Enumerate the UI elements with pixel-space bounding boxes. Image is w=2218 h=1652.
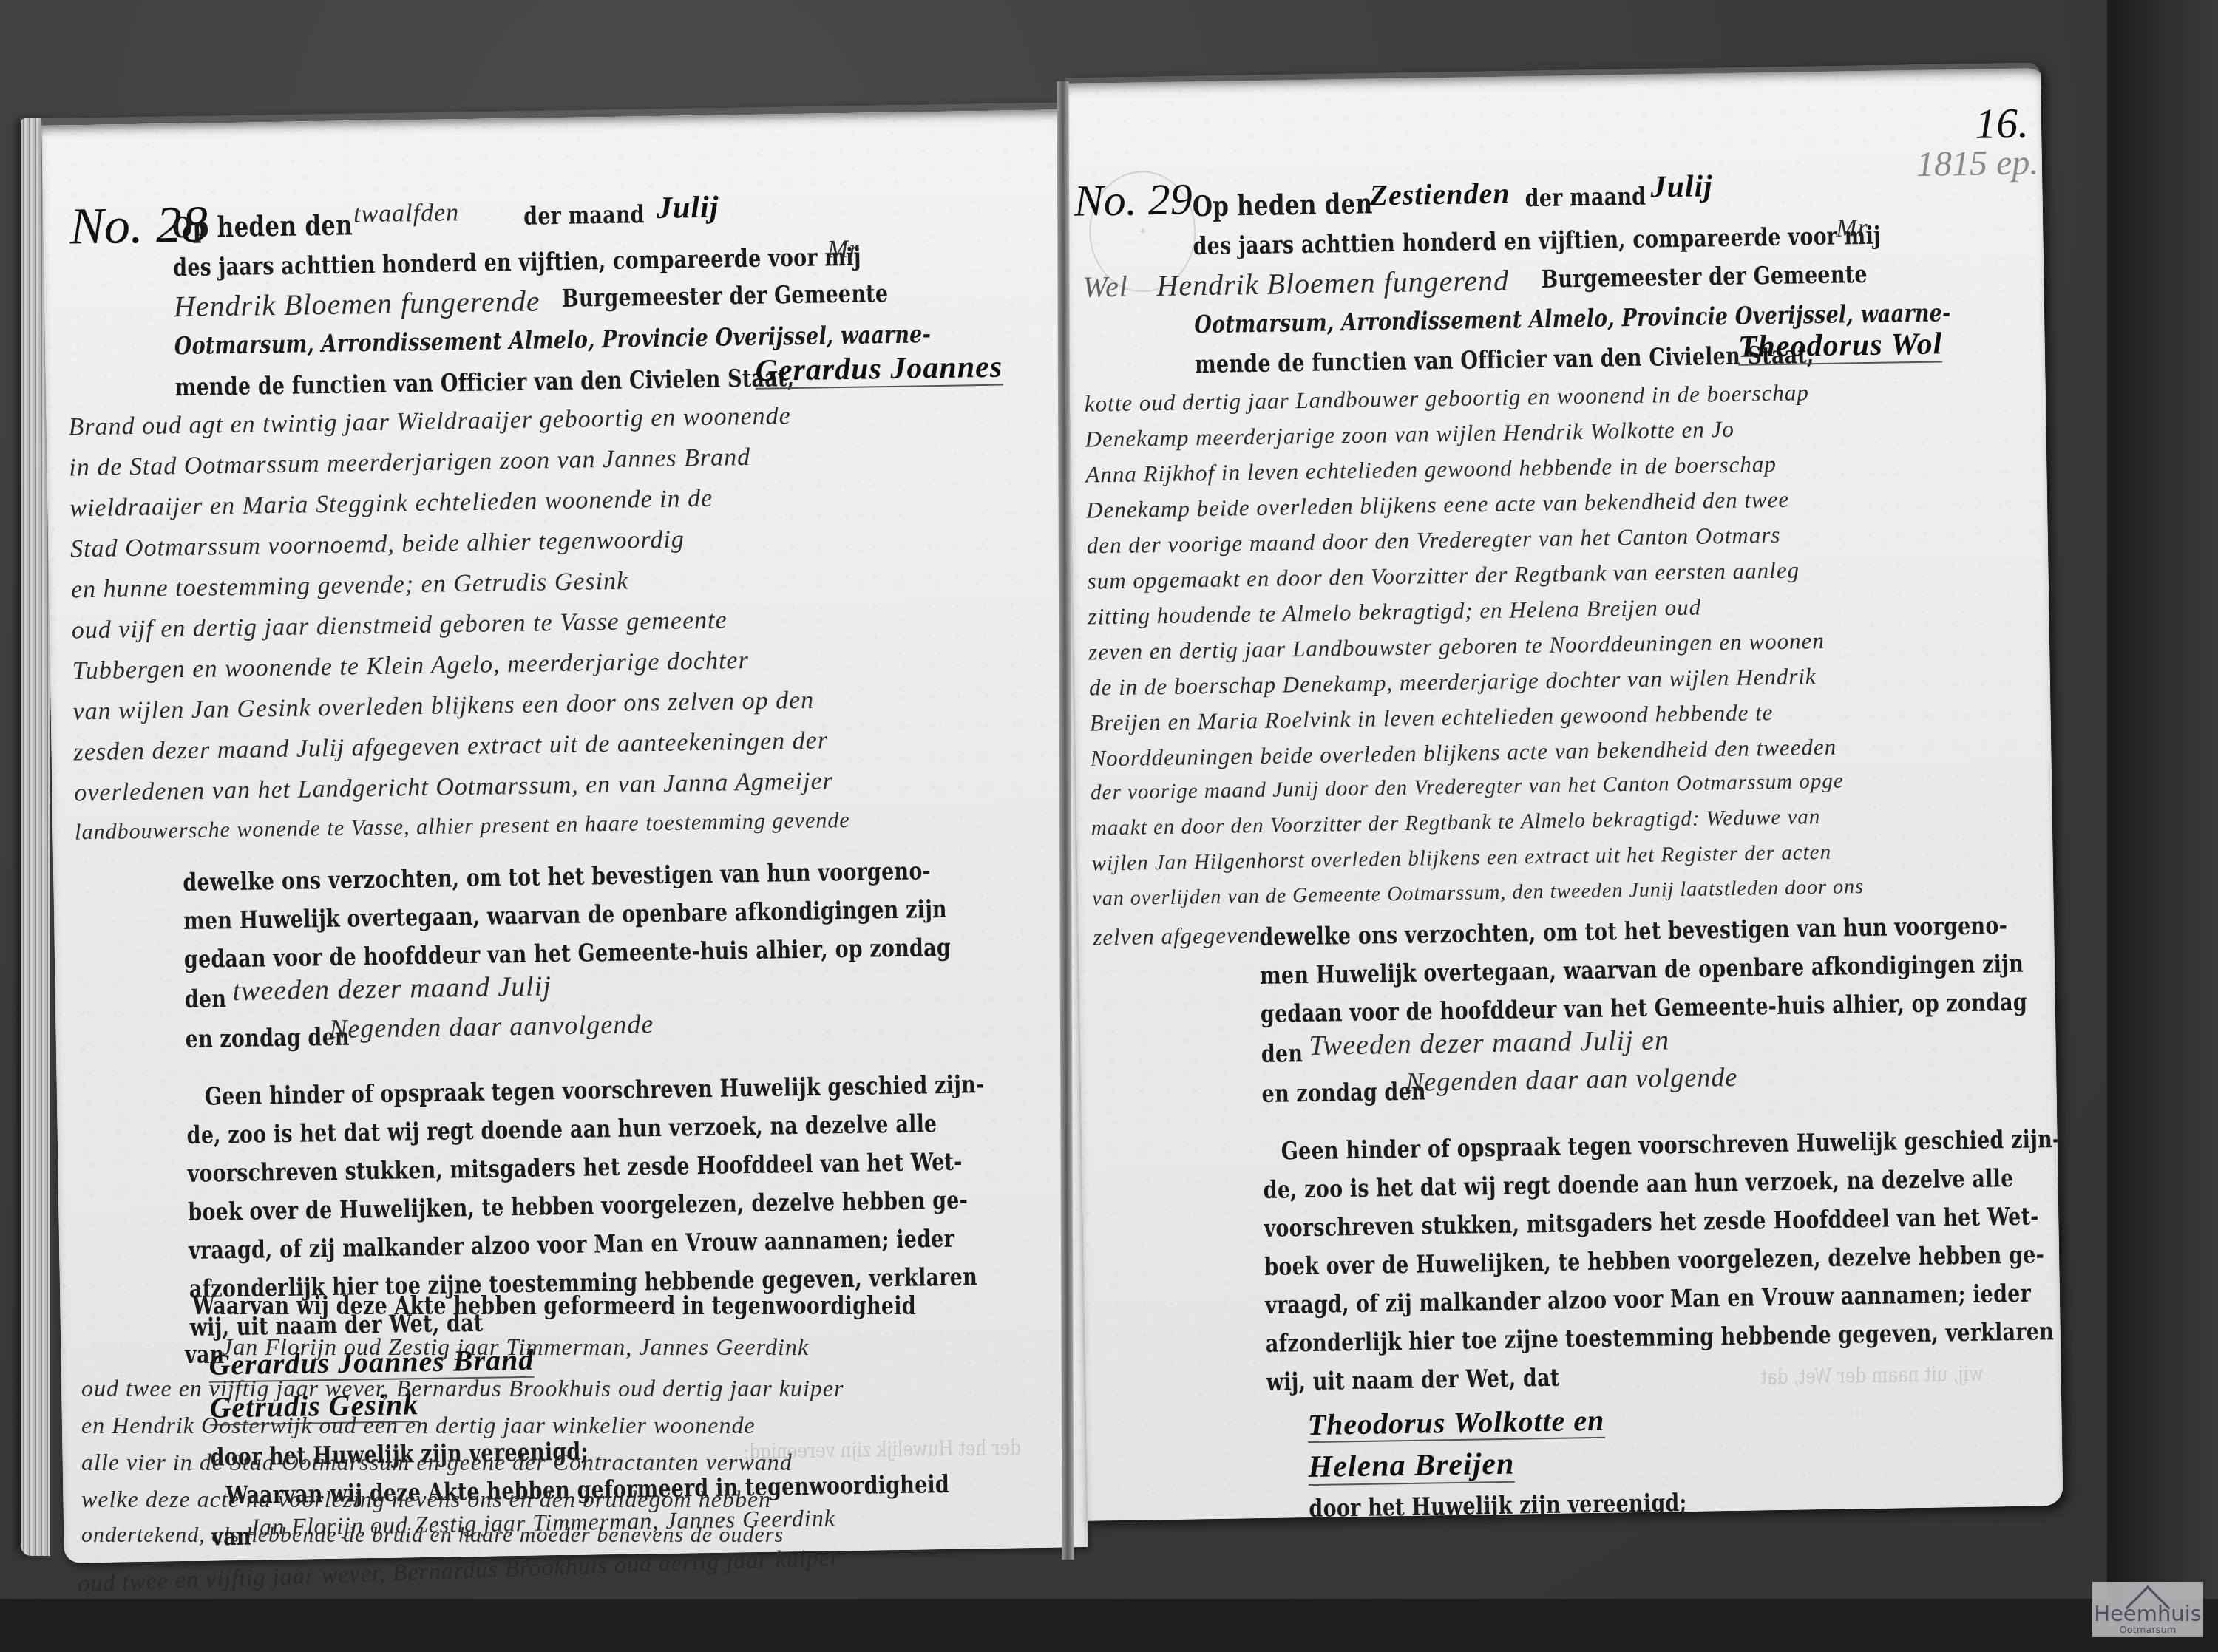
printed-line: mende de functien van Officier van den C… [174, 365, 794, 399]
printed-line: boek over de Huwelijken, te hebben voorg… [1264, 1242, 2044, 1279]
margin-note: Wel [1082, 272, 1128, 302]
handwritten-line: maakt en door den Voorzitter der Regtban… [1091, 806, 1821, 839]
printed-line: Geen hinder of opspraak tegen voorschrev… [205, 1072, 985, 1109]
printed-line: des jaars achttien honderd en vijftien, … [173, 245, 861, 280]
printed-line: van [185, 1342, 224, 1367]
printed-line: Op heden den [1192, 189, 1372, 220]
handwritten-line: kotte oud dertig jaar Landbouwer geboort… [1085, 381, 1809, 415]
heemhuis-watermark: Heemhuis Ootmarsum [2092, 1582, 2203, 1637]
handwritten-witnesses: Jan Florijn oud Zestig jaar Timmerman, J… [222, 1335, 809, 1359]
handwritten-line: overledenen van het Landgericht Ootmarss… [74, 769, 833, 806]
printed-line: en zondag den [185, 1024, 350, 1051]
handwritten-banns-date: Negenden daar aanvolgende [329, 1010, 654, 1042]
printed-line: wij, uit naam der Wet, dat [1266, 1365, 1559, 1394]
printed-line: gedaan voor de hoofddeur van het Gemeent… [1261, 990, 2027, 1026]
handwritten-line: zelven afgegeven [1093, 923, 1261, 949]
printed-line: mende de functien van Officier van den C… [1195, 342, 1814, 376]
handwritten-line: Denekamp beide overleden blijkens eene a… [1086, 488, 1789, 522]
handwritten-line: en hunne toestemming gevende; en Getrudi… [71, 569, 629, 603]
background-band [0, 1599, 2218, 1652]
printed-line: de, zoo is het dat wij regt doende aan h… [1263, 1166, 2013, 1202]
printed-line: afzonderlijk hier toe zijne toestemming … [1266, 1319, 2054, 1356]
handwritten-line: wieldraaijer en Maria Steggink echtelied… [69, 486, 713, 522]
handwritten-mayor: Hendrik Bloemen fungerende [174, 286, 540, 322]
handwritten-groom-name: Gerardus Joannes [755, 352, 1003, 390]
handwritten-banns-date: Tweeden dezer maand Julij en [1309, 1026, 1669, 1060]
handwritten-line: Anna Rijkhof in leven echtelieden gewoon… [1085, 452, 1777, 486]
handwritten-groom-name: Theodorus Wol [1738, 328, 1943, 365]
handwritten-witnesses: welke deze acte na voorlezing nevens ons… [81, 1487, 771, 1511]
handwritten-line: wijlen Jan Hilgenhorst overleden blijken… [1091, 842, 1831, 875]
printed-line: der maand [523, 202, 645, 228]
handwritten-witnesses: en Hendrik Oosterwijk oud een en dertig … [81, 1413, 756, 1437]
printed-line: men Huwelijk overtegaan, waarvan de open… [183, 897, 947, 933]
folio-number: 16. [1975, 98, 2029, 149]
handwritten-line: oud vijf en dertig jaar dienstmeid gebor… [72, 608, 728, 644]
printed-line: Op heden den [172, 211, 353, 242]
printed-line: de, zoo is het dat wij regt doende aan h… [186, 1111, 937, 1147]
handwritten-month: Julij [1650, 171, 1713, 203]
handwritten-line: zesden dezer maand Julij afgegeven extra… [73, 728, 828, 765]
handwritten-title: Mr [827, 237, 860, 263]
record-number: No. 29 [1074, 174, 1193, 227]
handwritten-body: Brand oud agt en twintig jaar Wieldraaij… [41, 109, 1065, 126]
handwritten-line: van wijlen Jan Gesink overleden blijkens… [72, 688, 814, 725]
handwritten-mayor: Hendrik Bloemen fungerend [1156, 266, 1509, 301]
register-page-right: 16. 1815 ep. ✦ No. 29 Op heden den Zesti… [1065, 62, 2063, 1520]
printed-line: Burgemeester der Gemeente [1541, 262, 1868, 291]
handwritten-line: Tubbergen en woonende te Klein Agelo, me… [72, 648, 749, 684]
printed-line: vraagd, of zij malkander alzoo voor Man … [189, 1226, 954, 1262]
pencil-note: 1815 ep. [1916, 142, 2039, 185]
handwritten-line: zeven en dertig jaar Landbouwster gebore… [1088, 629, 1825, 664]
printed-line: men Huwelijk overtegaan, waarvan de open… [1260, 951, 2024, 988]
handwritten-witnesses: alle vier in de Stad Ootmarssum en geene… [81, 1450, 793, 1474]
handwritten-day: twaalfden [353, 200, 460, 227]
printed-line: gedaan voor de hoofddeur van het Gemeent… [184, 935, 951, 971]
printed-line: der maand [1525, 184, 1646, 211]
handwritten-day: Zestienden [1369, 179, 1510, 211]
handwritten-line: der voorige maand Junij door den Vredere… [1091, 771, 1844, 804]
document-viewer: No. 28 Op heden den twaalfden der maand … [0, 0, 2218, 1652]
printed-line: den [1261, 1041, 1303, 1066]
handwritten-line: Noorddeuningen beide overleden blijkens … [1090, 735, 1837, 770]
handwritten-line: de in de boerschap Denekamp, meerderjari… [1089, 664, 1817, 698]
handwritten-body: kotte oud dertig jaar Landbouwer geboort… [1065, 68, 2041, 84]
handwritten-line: sum opgemaakt en door den Voorzitter der… [1087, 558, 1800, 592]
handwritten-line: Breijen en Maria Roelvink in leven echte… [1089, 701, 1773, 735]
printed-line: des jaars achttien honderd en vijftien, … [1193, 223, 1881, 259]
printed-line: den [184, 986, 226, 1011]
printed-line: boek over de Huwelijken, te hebben voorg… [188, 1188, 968, 1225]
handwritten-line: Stad Ootmarssum voornoemd, beide alhier … [70, 527, 685, 562]
handwritten-line: in de Stad Ootmarssum meerderjarigen zoo… [69, 445, 750, 480]
printed-line: voorschreven stukken, mitsgaders het zes… [1264, 1203, 2039, 1240]
printed-line: Geen hinder of opspraak tegen voorschrev… [1281, 1126, 2061, 1163]
printed-line: dewelke ons verzochten, om tot het beves… [1259, 913, 2007, 949]
handwritten-line: den der voorige maand door den Vrederegt… [1087, 523, 1781, 557]
background-shadow [2107, 0, 2218, 1599]
handwritten-line: Denekamp meerderjarige zoon van wijlen H… [1085, 418, 1734, 451]
handwritten-month: Julij [657, 192, 719, 224]
printed-line: door het Huwelijk zijn vereenigd; [1309, 1490, 1687, 1520]
handwritten-line: zitting houdende te Almelo bekragtigd; e… [1088, 596, 1701, 628]
printed-line: voorschreven stukken, mitsgaders het zes… [187, 1149, 963, 1186]
watermark-name: Heemhuis [2094, 1603, 2202, 1625]
handwritten-witnesses: oud twee en vijftig jaar wever, Bernardu… [81, 1376, 844, 1400]
bleed-through-text: wij, uit naam der Wet, dat [1760, 1362, 1984, 1390]
handwritten-line: van overlijden van de Gemeente Ootmarssu… [1092, 877, 1864, 909]
printed-line: Waarvan wij deze Akte hebben geformeerd … [192, 1294, 916, 1318]
printed-line: vraagd, of zij malkander alzoo voor Man … [1265, 1281, 2031, 1317]
printed-line: en zondag den [1261, 1078, 1426, 1105]
handwritten-line: Brand oud agt en twintig jaar Wieldraaij… [68, 404, 791, 440]
handwritten-witnesses: ondertekend, als hebbende de bruid en ha… [81, 1524, 784, 1546]
printed-line: Burgemeester der Gemeente [562, 281, 889, 310]
handwritten-line: landbouwersche wonende te Vasse, alhier … [75, 809, 850, 843]
handwritten-title: Mr [1836, 216, 1868, 242]
handwritten-banns-date: Negenden daar aan volgende [1405, 1064, 1737, 1095]
printed-line: dewelke ons verzochten, om tot het beves… [183, 858, 931, 894]
groom-name: Theodorus Wolkotte en [1307, 1406, 1604, 1443]
bride-name: Helena Breijen [1308, 1449, 1515, 1486]
handwritten-banns-date: tweeden dezer maand Julij [232, 972, 552, 1005]
